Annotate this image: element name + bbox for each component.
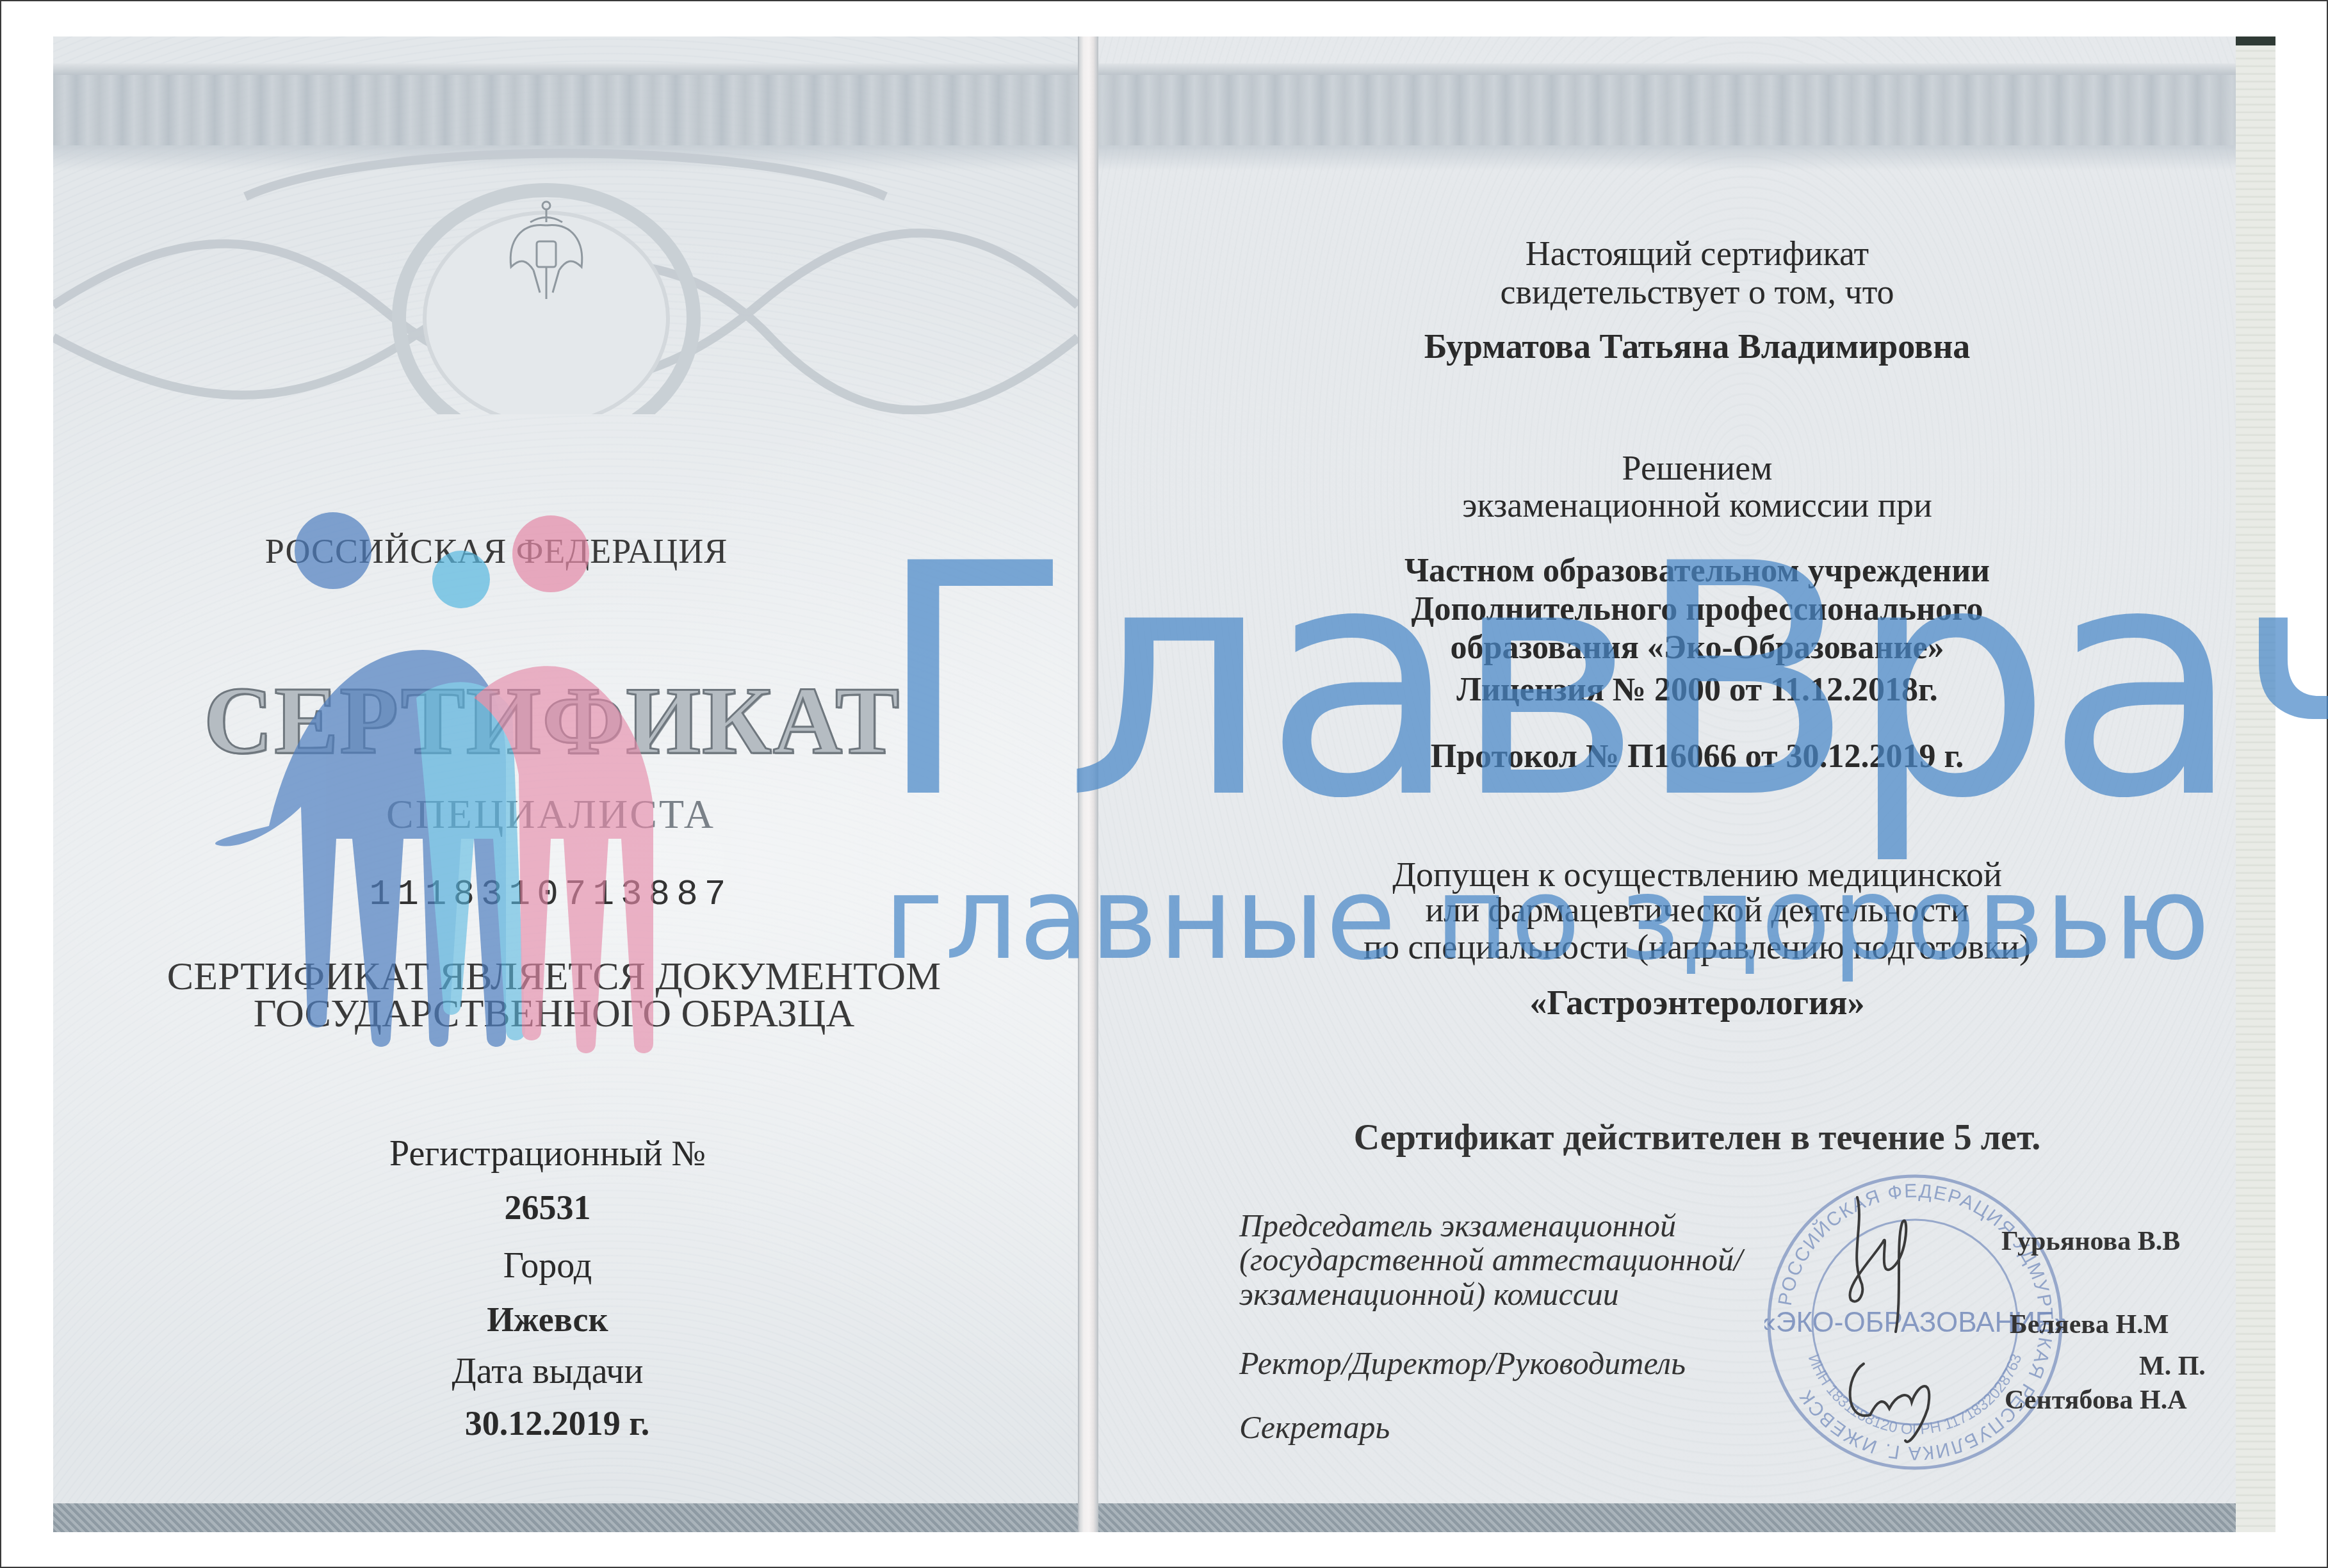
handwritten-signatures	[1832, 1184, 1973, 1453]
watermark-brand: ГлавВрач	[876, 522, 2328, 842]
holder-name: Бурматова Татьяна Владимировна	[1424, 327, 1971, 366]
registration-number: 26531	[505, 1188, 591, 1227]
registration-label: Регистрационный №	[389, 1133, 706, 1174]
double-headed-eagle-icon	[501, 197, 591, 305]
secretary-name: Сентябова Н.А	[2005, 1385, 2187, 1416]
chair-label-line: Председатель экзаменационной	[1239, 1207, 1676, 1244]
top-guilloche-band	[53, 75, 2275, 145]
intro-line-2: свидетельствует о том, что	[1500, 272, 1894, 312]
validity-statement: Сертификат действителен в течение 5 лет.	[1354, 1117, 2040, 1158]
watermark-hands-logo-icon	[205, 506, 653, 1069]
city-label: Город	[503, 1245, 592, 1286]
chair-name: Гурьянова В.В	[2001, 1226, 2180, 1257]
intro-line-1: Настоящий сертификат	[1526, 234, 1869, 273]
rector-name: Беляева Н.М	[2010, 1309, 2169, 1340]
bottom-guilloche-band	[53, 1503, 2275, 1532]
secretary-label: Секретарь	[1239, 1409, 1390, 1446]
city-value: Ижевск	[487, 1300, 608, 1339]
decision-line-1: Решением	[1622, 448, 1773, 488]
issue-date: 30.12.2019 г.	[465, 1403, 649, 1443]
chair-label-line: (государственной аттестационной/	[1239, 1241, 1743, 1278]
seal-mark: М. П.	[2139, 1351, 2206, 1382]
watermark-tagline: главные по здоровью	[884, 858, 2211, 980]
rector-label: Ректор/Директор/Руководитель	[1239, 1345, 1686, 1382]
specialty: «Гастроэнтерология»	[1530, 983, 1865, 1022]
issue-date-label: Дата выдачи	[452, 1351, 644, 1392]
chair-label-line: экзаменационной) комиссии	[1239, 1275, 1619, 1313]
